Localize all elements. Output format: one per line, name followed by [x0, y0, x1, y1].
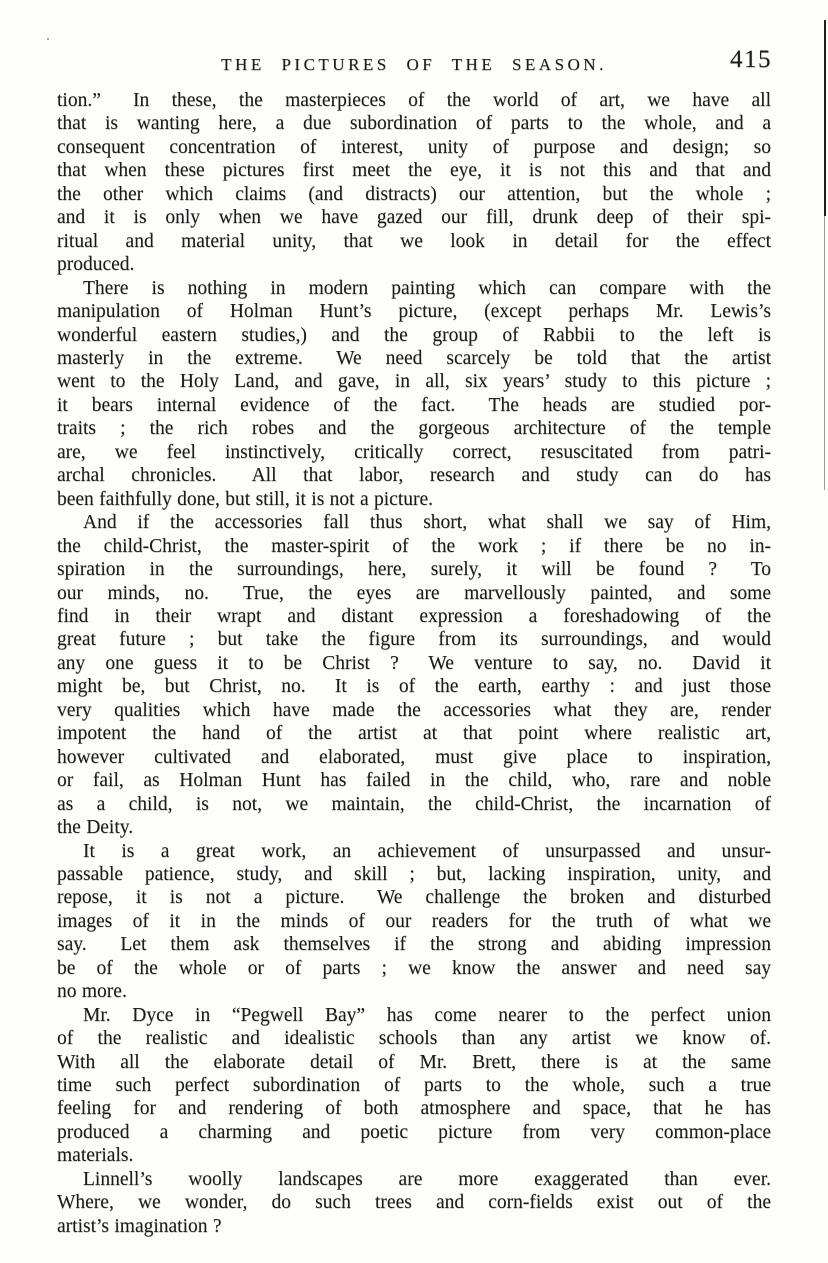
text-line: produced a charming and poetic picture f…	[57, 1121, 771, 1144]
text-line: or fail, as Holman Hunt has failed in th…	[57, 769, 771, 792]
text-line: time such perfect subordination of parts…	[57, 1074, 771, 1097]
text-line: passable patience, study, and skill ; bu…	[57, 863, 771, 886]
text-line: the Deity.	[57, 816, 771, 839]
text-line: spiration in the surroundings, here, sur…	[57, 558, 771, 581]
text-line: impotent the hand of the artist at that …	[57, 722, 771, 745]
text-line: as a child, is not, we maintain, the chi…	[57, 793, 771, 816]
paragraph: It is a great work, an achievement of un…	[57, 840, 771, 1004]
text-line: Mr. Dyce in “Pegwell Bay” has come neare…	[57, 1004, 771, 1027]
text-line: ritual and material unity, that we look …	[57, 230, 771, 253]
text-line: masterly in the extreme. We need scarcel…	[57, 347, 771, 370]
text-line: very qualities which have made the acces…	[57, 699, 771, 722]
text-line: went to the Holy Land, and gave, in all,…	[57, 370, 771, 393]
paragraph: There is nothing in modern painting whic…	[57, 277, 771, 512]
text-line: artist’s imagination ?	[57, 1215, 771, 1238]
text-line: find in their wrapt and distant expressi…	[57, 605, 771, 628]
scan-edge-artifact-dark	[824, 20, 826, 216]
text-line: consequent concentration of interest, un…	[57, 136, 771, 159]
text-line: traits ; the rich robes and the gorgeous…	[57, 417, 771, 440]
scan-edge-artifact-light	[824, 216, 825, 490]
text-line: that when these pictures first meet the …	[57, 159, 771, 182]
page-heading: THE PICTURES OF THE SEASON.	[0, 55, 828, 75]
paragraph: And if the accessories fall thus short, …	[57, 511, 771, 839]
text-line: no more.	[57, 980, 771, 1003]
text-line: feeling for and rendering of both atmosp…	[57, 1097, 771, 1120]
text-line: the child-Christ, the master-spirit of t…	[57, 535, 771, 558]
text-line: manipulation of Holman Hunt’s picture, (…	[57, 300, 771, 323]
text-line: great future ; but take the figure from …	[57, 628, 771, 651]
page-number: 415	[730, 46, 772, 74]
text-line: And if the accessories fall thus short, …	[57, 511, 771, 534]
text-line: however cultivated and elaborated, must …	[57, 746, 771, 769]
text-line: archal chronicles. All that labor, resea…	[57, 464, 771, 487]
running-header: THE PICTURES OF THE SEASON. 415	[0, 50, 828, 80]
text-line: be of the whole or of parts ; we know th…	[57, 957, 771, 980]
text-line: It is a great work, an achievement of un…	[57, 840, 771, 863]
book-page: THE PICTURES OF THE SEASON. 415 tion.” I…	[0, 0, 828, 1263]
text-line: tion.” In these, the masterpieces of the…	[57, 89, 771, 112]
text-line: wonderful eastern studies,) and the grou…	[57, 324, 771, 347]
text-line: repose, it is not a picture. We challeng…	[57, 886, 771, 909]
text-line: Where, we wonder, do such trees and corn…	[57, 1191, 771, 1214]
text-line: are, we feel instinctively, critically c…	[57, 441, 771, 464]
text-line: that is wanting here, a due subordinatio…	[57, 112, 771, 135]
text-line: the other which claims (and distracts) o…	[57, 183, 771, 206]
text-line: say. Let them ask themselves if the stro…	[57, 933, 771, 956]
text-line: might be, but Christ, no. It is of the e…	[57, 675, 771, 698]
paragraph: Linnell’s woolly landscapes are more exa…	[57, 1168, 771, 1238]
page-text: tion.” In these, the masterpieces of the…	[57, 89, 771, 1238]
paragraph: tion.” In these, the masterpieces of the…	[57, 89, 771, 277]
paragraph: Mr. Dyce in “Pegwell Bay” has come neare…	[57, 1004, 771, 1168]
scan-speck-artifact	[47, 38, 49, 40]
text-line: Linnell’s woolly landscapes are more exa…	[57, 1168, 771, 1191]
text-line: images of it in the minds of our readers…	[57, 910, 771, 933]
text-line: of the realistic and idealistic schools …	[57, 1027, 771, 1050]
text-line: it bears internal evidence of the fact. …	[57, 394, 771, 417]
text-line: materials.	[57, 1144, 771, 1167]
text-line: been faithfully done, but still, it is n…	[57, 488, 771, 511]
text-line: our minds, no. True, the eyes are marvel…	[57, 582, 771, 605]
text-line: With all the elaborate detail of Mr. Bre…	[57, 1051, 771, 1074]
text-line: There is nothing in modern painting whic…	[57, 277, 771, 300]
text-line: and it is only when we have gazed our fi…	[57, 206, 771, 229]
text-line: any one guess it to be Christ ? We ventu…	[57, 652, 771, 675]
text-line: produced.	[57, 253, 771, 276]
